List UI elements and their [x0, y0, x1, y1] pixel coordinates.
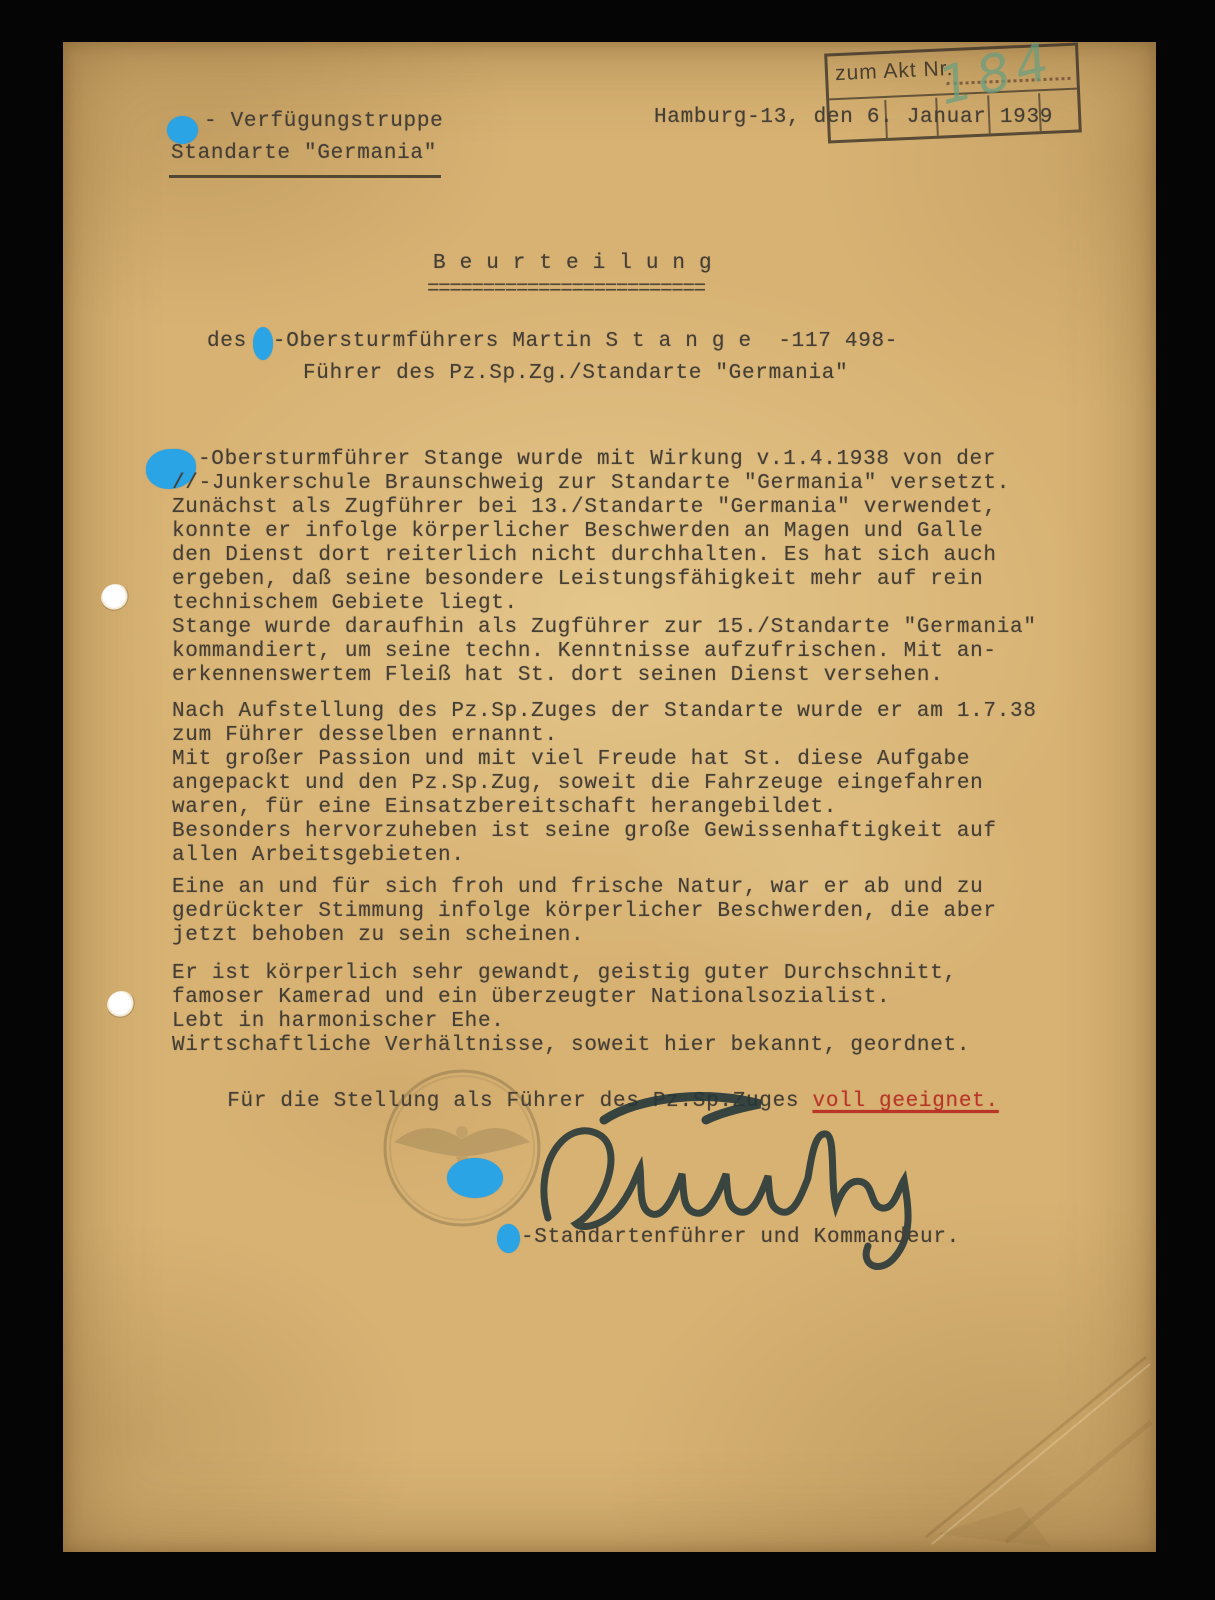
text-line: Er ist körperlich sehr gewandt, geistig …	[172, 962, 970, 986]
letterhead-unit: - Verfügungstruppe	[204, 110, 443, 134]
hole-punch-bottom	[107, 991, 136, 1020]
text-line: -Obersturmführer Stange wurde mit Wirkun…	[172, 448, 1037, 472]
paragraph-1: -Obersturmführer Stange wurde mit Wirkun…	[172, 448, 1037, 688]
redaction-dot-caption	[497, 1224, 520, 1253]
text-line: Wirtschaftliche Verhältnisse, soweit hie…	[172, 1034, 970, 1058]
paragraph-3: Eine an und für sich froh und frische Na…	[172, 876, 997, 948]
subject-line1: des -Obersturmführers Martin S t a n g e…	[207, 330, 898, 363]
letterhead-underline	[169, 175, 441, 178]
text-line: Stange wurde daraufhin als Zugführer zur…	[172, 616, 1037, 640]
text-line: zum Führer desselben ernannt.	[172, 724, 1037, 748]
signature	[518, 1078, 948, 1288]
text-line: waren, für eine Einsatzbereitschaft hera…	[172, 796, 1037, 820]
text-line: Besonders hervorzuheben ist seine große …	[172, 820, 1037, 844]
text-line: Lebt in harmonischer Ehe.	[172, 1010, 970, 1034]
text-line: Eine an und für sich froh und frische Na…	[172, 876, 997, 900]
paragraph-2: Nach Aufstellung des Pz.Sp.Zuges der Sta…	[172, 700, 1037, 868]
text-line: gedrückter Stimmung infolge körperlicher…	[172, 900, 997, 924]
text-line: konnte er infolge körperlicher Beschwerd…	[172, 520, 1037, 544]
text-line: Nach Aufstellung des Pz.Sp.Zuges der Sta…	[172, 700, 1037, 724]
hole-punch-top	[101, 584, 130, 613]
subject-prefix: des	[207, 330, 247, 354]
text-line: angepackt und den Pz.Sp.Zug, soweit die …	[172, 772, 1037, 796]
title-underline: =========================	[427, 278, 705, 302]
text-line: famoser Kamerad und ein überzeugter Nati…	[172, 986, 970, 1010]
text-line: erkennenswertem Fleiß hat St. dort seine…	[172, 664, 1037, 688]
text-line: Mit großer Passion und mit viel Freude h…	[172, 748, 1037, 772]
dateline: Hamburg-13, den 6. Januar 1939	[654, 106, 1053, 130]
text-line: kommandiert, um seine techn. Kenntnisse …	[172, 640, 1037, 664]
redaction-dot-subject	[253, 327, 273, 360]
scanned-document: - Verfügungstruppe Standarte "Germania" …	[0, 0, 1215, 1600]
text-line: //-Junkerschule Braunschweig zur Standar…	[172, 472, 1037, 496]
subject-line2: Führer des Pz.Sp.Zg./Standarte "Germania…	[303, 362, 848, 386]
document-title: B e u r t e i l u n g	[433, 252, 712, 276]
redaction-dot-letterhead	[167, 116, 198, 144]
text-line: allen Arbeitsgebieten.	[172, 844, 1037, 868]
signature-caption: -Standartenführer und Kommandeur.	[521, 1226, 960, 1250]
paper-crease	[816, 1262, 1156, 1552]
text-line: jetzt behoben zu sein scheinen.	[172, 924, 997, 948]
letterhead-regiment: Standarte "Germania"	[171, 142, 437, 166]
text-line: ergeben, daß seine besondere Leistungsfä…	[172, 568, 1037, 592]
paragraph-4: Er ist körperlich sehr gewandt, geistig …	[172, 962, 970, 1058]
text-line: den Dienst dort reiterlich nicht durchha…	[172, 544, 1037, 568]
redaction-oval-signature	[447, 1158, 503, 1198]
text-line: technischem Gebiete liegt.	[172, 592, 1037, 616]
text-line: Zunächst als Zugführer bei 13./Standarte…	[172, 496, 1037, 520]
subject-text: -Obersturmführers Martin S t a n g e -11…	[273, 330, 898, 354]
